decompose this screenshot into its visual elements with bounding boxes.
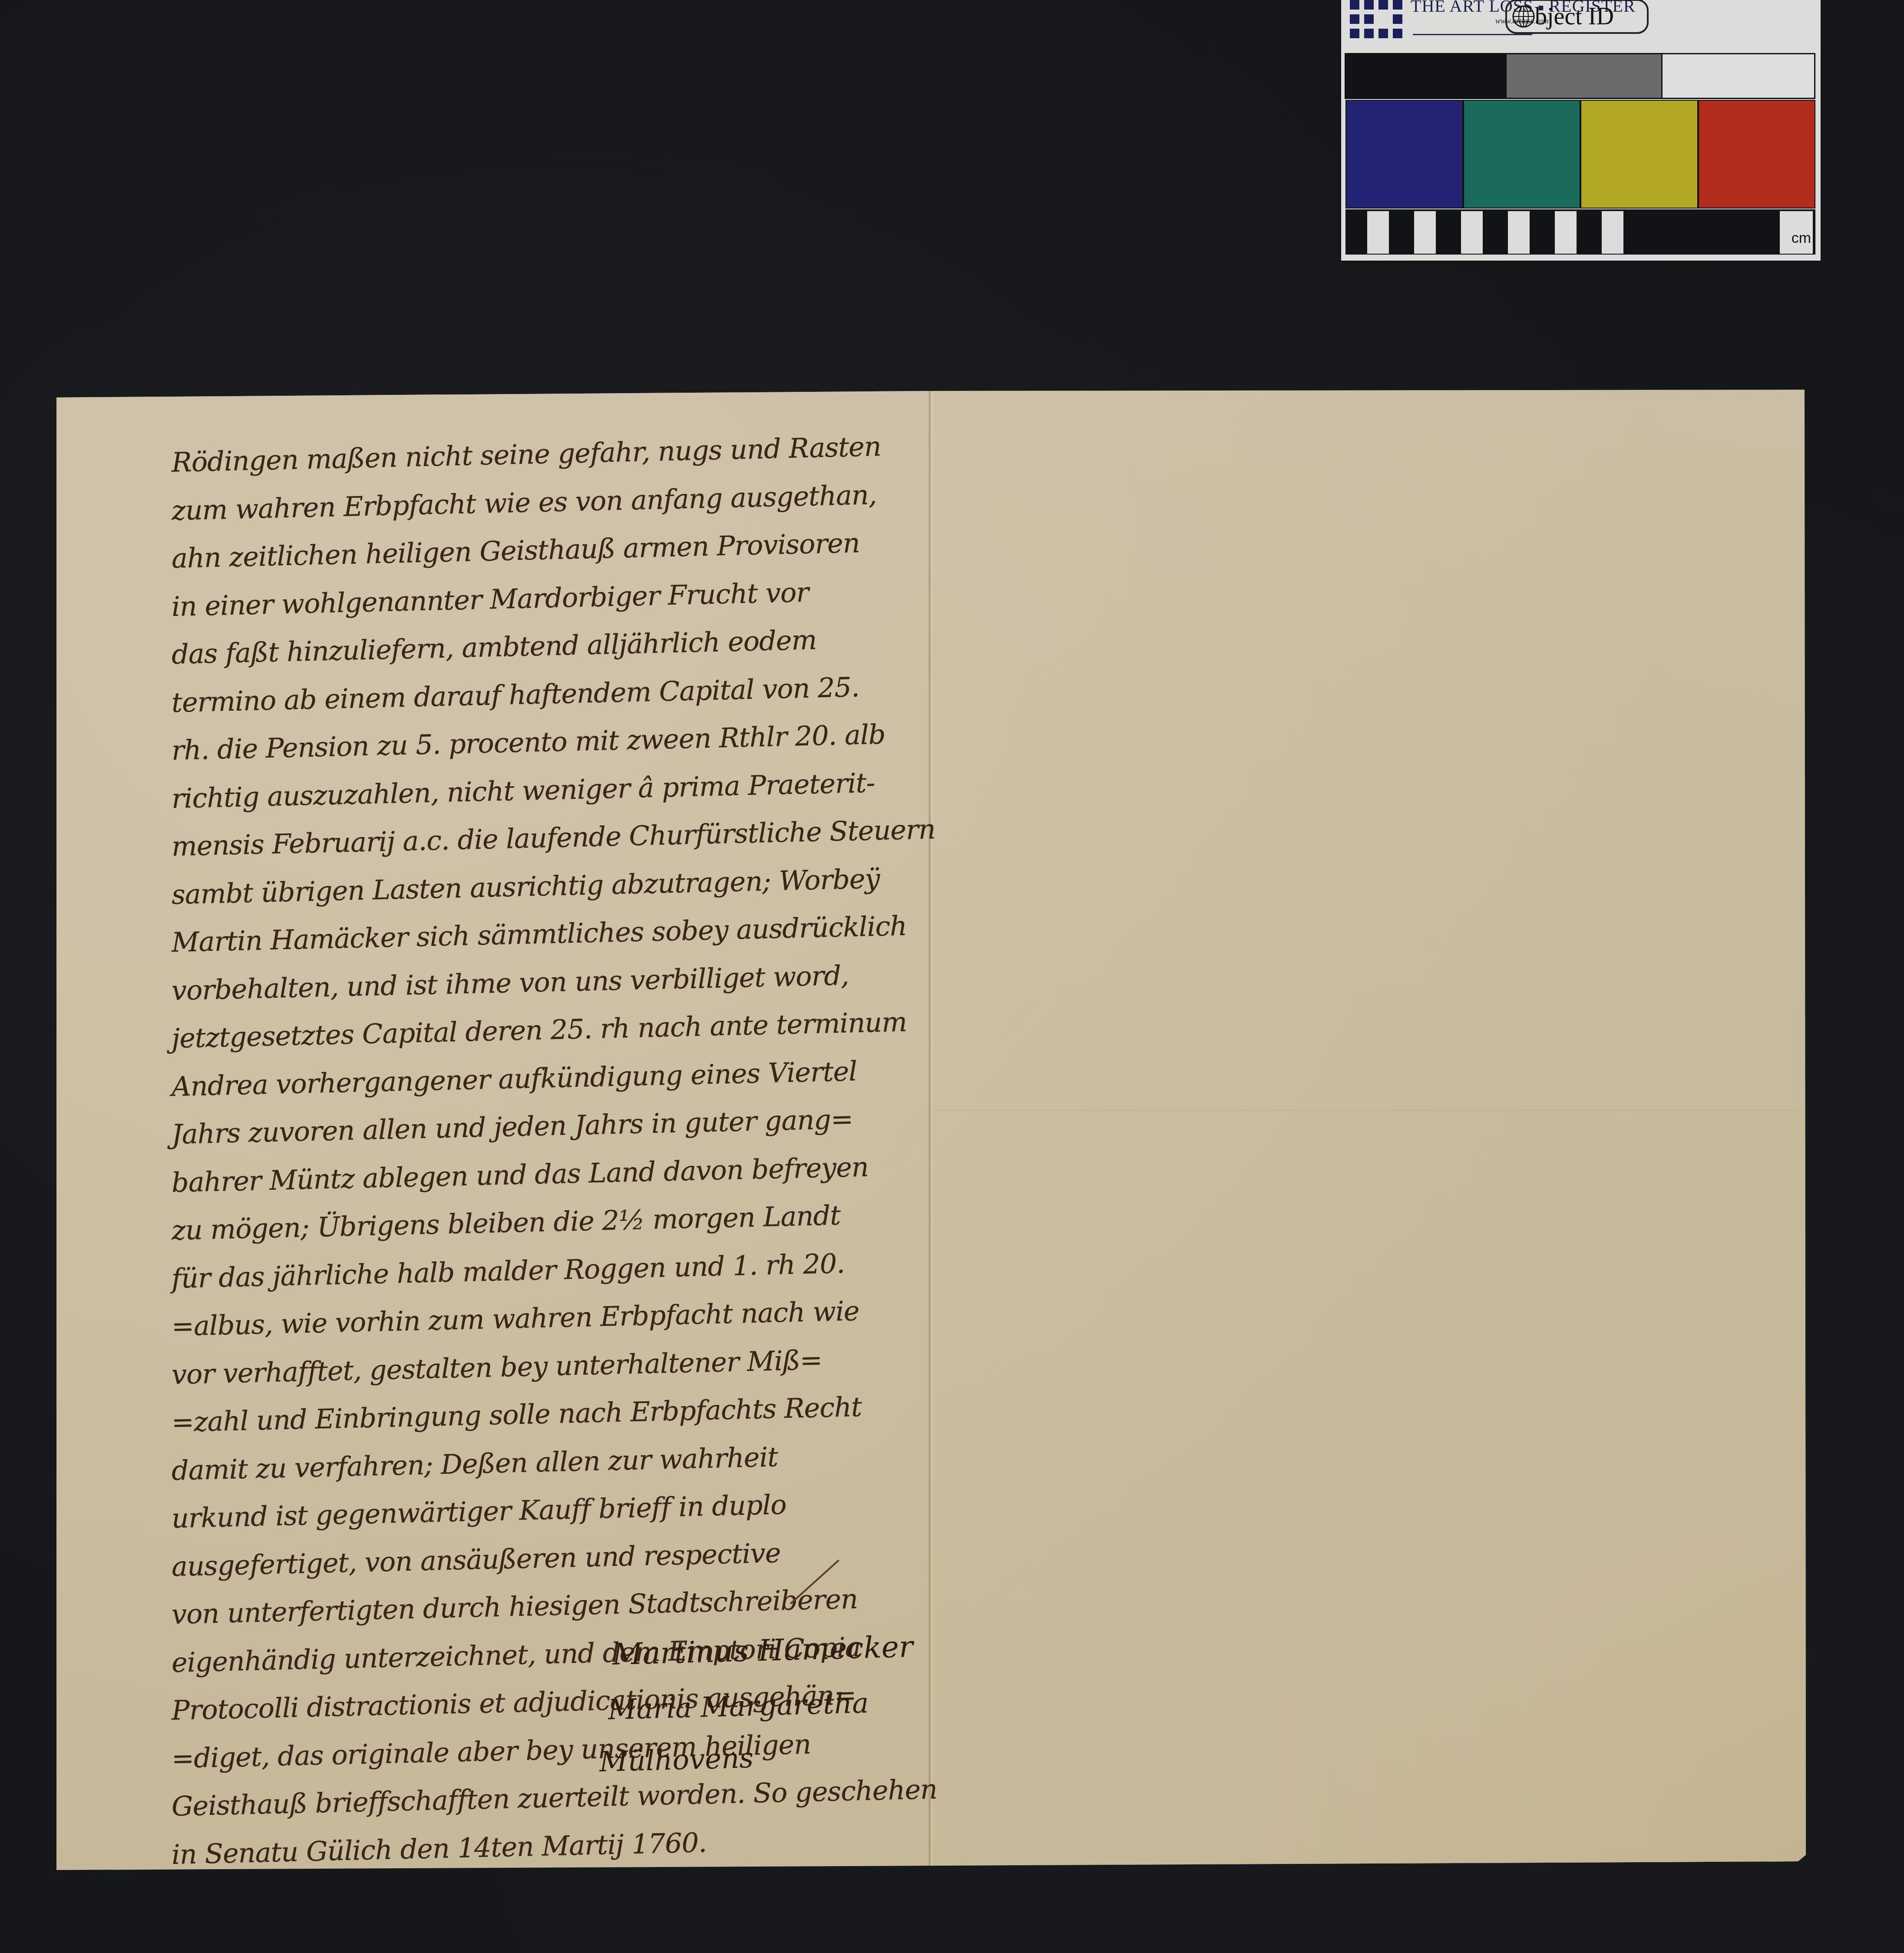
ruler-unit-label: cm [1792,230,1811,247]
signature-2: Maria Margaretha [608,1687,869,1726]
black-patch [1346,54,1505,98]
red-patch [1699,101,1815,208]
object-id-badge: bject ID [1505,0,1649,34]
blue-patch [1346,101,1462,208]
signature-3: Mülhovens [599,1742,754,1778]
art-loss-register-logo-icon [1350,0,1404,35]
green-patch [1464,101,1580,208]
globe-icon [1511,4,1536,29]
cm-ruler: cm [1345,209,1815,255]
yellow-patch [1581,101,1697,208]
white-patch [1663,54,1814,98]
blank-right-page [932,391,1805,1864]
brand-underline [1413,34,1532,35]
color-calibration-card: THE ART LOSS ■ REGISTER™ www.artloss.com… [1341,0,1821,261]
color-patches [1345,100,1815,209]
object-id-label: bject ID [1535,3,1614,30]
grayscale-patches [1345,53,1815,99]
gray-patch [1507,54,1661,98]
